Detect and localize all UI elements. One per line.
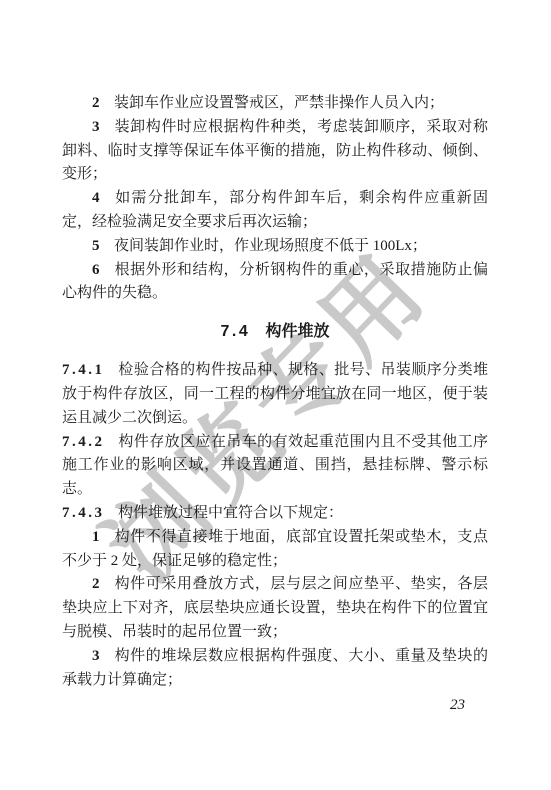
- item-text: 构件的堆垛层数应根据构件强度、大小、重量及垫块的承载力计算确定；: [62, 648, 488, 688]
- clause-paragraph: 7.4.2构件存放区应在吊车的有效起重范围内且不受其他工序施工作业的影响区域，并…: [62, 431, 488, 502]
- clause-paragraph: 7.4.1检验合格的构件按品种、规格、批号、吊装顺序分类堆放于构件存放区，同一工…: [62, 359, 488, 430]
- item-text: 装卸构件时应根据构件种类，考虑装卸顺序，采取对称卸料、临时支撑等保证车体平衡的措…: [62, 119, 488, 183]
- item-number: 4: [92, 190, 101, 206]
- list-item: 6根据外形和结构，分析钢构件的重心，采取措施防止偏心构件的失稳。: [62, 259, 488, 307]
- page-content: 2装卸车作业应设置警戒区，严禁非操作人员入内； 3装卸构件时应根据构件种类，考虑…: [62, 92, 488, 692]
- list-item: 3构件的堆垛层数应根据构件强度、大小、重量及垫块的承载力计算确定；: [62, 645, 488, 693]
- item-number: 1: [92, 529, 101, 545]
- section-title: 构件堆放: [265, 323, 329, 340]
- item-number: 3: [92, 119, 101, 135]
- item-number: 2: [92, 576, 101, 592]
- item-text: 构件可采用叠放方式，层与层之间应垫平、垫实，各层垫块应上下对齐，底层垫块应通长设…: [62, 576, 488, 640]
- list-item: 5夜间装卸作业时，作业现场照度不低于 100Lx；: [62, 235, 488, 259]
- clause-text: 构件堆放过程中宜符合以下规定：: [118, 505, 343, 521]
- item-number: 2: [92, 95, 101, 111]
- item-text: 构件不得直接堆于地面，底部宜设置托架或垫木，支点不少于 2 处，保证足够的稳定性…: [62, 529, 488, 569]
- page-number: 23: [450, 697, 465, 714]
- item-text: 根据外形和结构，分析钢构件的重心，采取措施防止偏心构件的失稳。: [62, 262, 488, 302]
- item-number: 5: [92, 238, 101, 254]
- item-text: 如需分批卸车，部分构件卸车后，剩余构件应重新固定，经检验满足安全要求后再次运输；: [62, 190, 488, 230]
- document-page: 浏览专用 2装卸车作业应设置警戒区，严禁非操作人员入内； 3装卸构件时应根据构件…: [0, 0, 551, 790]
- section-number: 7.4: [221, 323, 251, 340]
- list-item: 4如需分批卸车，部分构件卸车后，剩余构件应重新固定，经检验满足安全要求后再次运输…: [62, 187, 488, 235]
- clause-number: 7.4.3: [62, 505, 105, 521]
- section-heading: 7.4构件堆放: [62, 320, 488, 344]
- clause-text: 检验合格的构件按品种、规格、批号、吊装顺序分类堆放于构件存放区，同一工程的构件分…: [62, 362, 488, 426]
- item-number: 3: [92, 648, 101, 664]
- clause-text: 构件存放区应在吊车的有效起重范围内且不受其他工序施工作业的影响区域，并设置通道、…: [62, 434, 488, 498]
- item-number: 6: [92, 262, 101, 278]
- list-item: 2构件可采用叠放方式，层与层之间应垫平、垫实，各层垫块应上下对齐，底层垫块应通长…: [62, 573, 488, 644]
- clause-number: 7.4.1: [62, 362, 105, 378]
- list-item: 2装卸车作业应设置警戒区，严禁非操作人员入内；: [62, 92, 488, 116]
- item-text: 夜间装卸作业时，作业现场照度不低于 100Lx；: [114, 238, 427, 254]
- list-item: 3装卸构件时应根据构件种类，考虑装卸顺序，采取对称卸料、临时支撑等保证车体平衡的…: [62, 116, 488, 187]
- clause-paragraph: 7.4.3构件堆放过程中宜符合以下规定：: [62, 502, 488, 526]
- list-item: 1构件不得直接堆于地面，底部宜设置托架或垫木，支点不少于 2 处，保证足够的稳定…: [62, 526, 488, 574]
- clause-number: 7.4.2: [62, 434, 105, 450]
- item-text: 装卸车作业应设置警戒区，严禁非操作人员入内；: [114, 95, 444, 111]
